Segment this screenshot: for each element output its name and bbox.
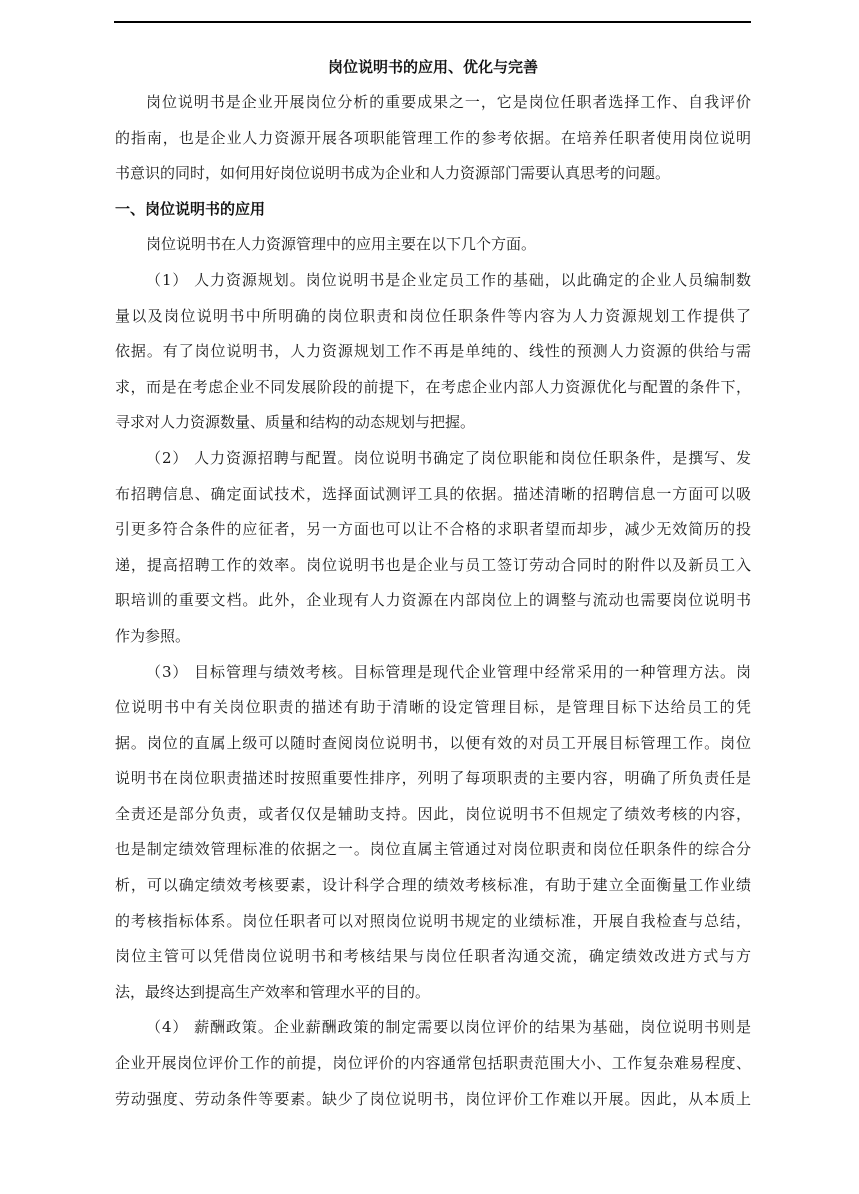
text-line: 的考核指标体系。岗位任职者可以对照岗位说明书规定的业绩标准，开展自我检查与总结， [115,904,751,940]
text-line: 引更多符合条件的应征者，另一方面也可以让不合格的求职者望而却步，减少无效简历的投 [115,512,751,548]
text-line: 析，可以确定绩效考核要素，设计科学合理的绩效考核标准，有助于建立全面衡量工作业绩 [115,868,751,904]
text-line: 量以及岗位说明书中所明确的岗位职责和岗位任职条件等内容为人力资源规划工作提供了 [115,299,751,335]
text-line: （1） 人力资源规划。岗位说明书是企业定员工作的基础，以此确定的企业人员编制数 [115,263,751,299]
text-line: 职培训的重要文档。此外，企业现有人力资源在内部岗位上的调整与流动也需要岗位说明书 [115,583,751,619]
section-lead-paragraph: 岗位说明书在人力资源管理中的应用主要在以下几个方面。 [115,227,751,263]
document-title: 岗位说明书的应用、优化与完善 [115,49,751,85]
document-page: 岗位说明书的应用、优化与完善 岗位说明书是企业开展岗位分析的重要成果之一，它是岗… [0,0,859,1194]
intro-paragraph: 岗位说明书是企业开展岗位分析的重要成果之一，它是岗位任职者选择工作、自我评价 的… [115,85,751,192]
item-paragraph-4: （4） 薪酬政策。企业薪酬政策的制定需要以岗位评价的结果为基础，岗位说明书则是 … [115,1010,751,1117]
text-line: 企业开展岗位评价工作的前提，岗位评价的内容通常包括职责范围大小、工作复杂难易程度… [115,1046,751,1082]
text-line: 寻求对人力资源数量、质量和结构的动态规划与把握。 [115,405,751,441]
text-line: 书意识的同时，如何用好岗位说明书成为企业和人力资源部门需要认真思考的问题。 [115,156,751,192]
text-line: 法，最终达到提高生产效率和管理水平的目的。 [115,975,751,1011]
document-body: 岗位说明书的应用、优化与完善 岗位说明书是企业开展岗位分析的重要成果之一，它是岗… [115,49,751,1117]
item-paragraph-2: （2） 人力资源招聘与配置。岗位说明书确定了岗位职能和岗位任职条件，是撰写、发 … [115,441,751,655]
text-line: （4） 薪酬政策。企业薪酬政策的制定需要以岗位评价的结果为基础，岗位说明书则是 [115,1010,751,1046]
text-line: 依据。有了岗位说明书，人力资源规划工作不再是单纯的、线性的预测人力资源的供给与需 [115,334,751,370]
item-paragraph-3: （3） 目标管理与绩效考核。目标管理是现代企业管理中经常采用的一种管理方法。岗 … [115,655,751,1011]
text-line: （2） 人力资源招聘与配置。岗位说明书确定了岗位职能和岗位任职条件，是撰写、发 [115,441,751,477]
text-line: 全责还是部分负责，或者仅仅是辅助支持。因此，岗位说明书不但规定了绩效考核的内容， [115,797,751,833]
text-line: 说明书在岗位职责描述时按照重要性排序，列明了每项职责的主要内容，明确了所负责任是 [115,761,751,797]
header-rule [114,21,751,23]
text-line: 作为参照。 [115,619,751,655]
text-line: 求，而是在考虑企业不同发展阶段的前提下，在考虑企业内部人力资源优化与配置的条件下… [115,370,751,406]
item-paragraph-1: （1） 人力资源规划。岗位说明书是企业定员工作的基础，以此确定的企业人员编制数 … [115,263,751,441]
text-line: 也是制定绩效管理标准的依据之一。岗位直属主管通过对岗位职责和岗位任职条件的综合分 [115,832,751,868]
text-line: 岗位说明书在人力资源管理中的应用主要在以下几个方面。 [115,227,751,263]
text-line: 岗位主管可以凭借岗位说明书和考核结果与岗位任职者沟通交流，确定绩效改进方式与方 [115,939,751,975]
text-line: 岗位说明书是企业开展岗位分析的重要成果之一，它是岗位任职者选择工作、自我评价 [115,85,751,121]
text-line: 的指南，也是企业人力资源开展各项职能管理工作的参考依据。在培养任职者使用岗位说明 [115,121,751,157]
text-line: 劳动强度、劳动条件等要素。缺少了岗位说明书，岗位评价工作难以开展。因此，从本质上 [115,1082,751,1118]
text-line: 据。岗位的直属上级可以随时查阅岗位说明书，以便有效的对员工开展目标管理工作。岗位 [115,726,751,762]
text-line: 布招聘信息、确定面试技术，选择面试测评工具的依据。描述清晰的招聘信息一方面可以吸 [115,477,751,513]
section-heading: 一、岗位说明书的应用 [115,192,751,228]
text-line: （3） 目标管理与绩效考核。目标管理是现代企业管理中经常采用的一种管理方法。岗 [115,655,751,691]
text-line: 位说明书中有关岗位职责的描述有助于清晰的设定管理目标，是管理目标下达给员工的凭 [115,690,751,726]
text-line: 递，提高招聘工作的效率。岗位说明书也是企业与员工签订劳动合同时的附件以及新员工入 [115,548,751,584]
